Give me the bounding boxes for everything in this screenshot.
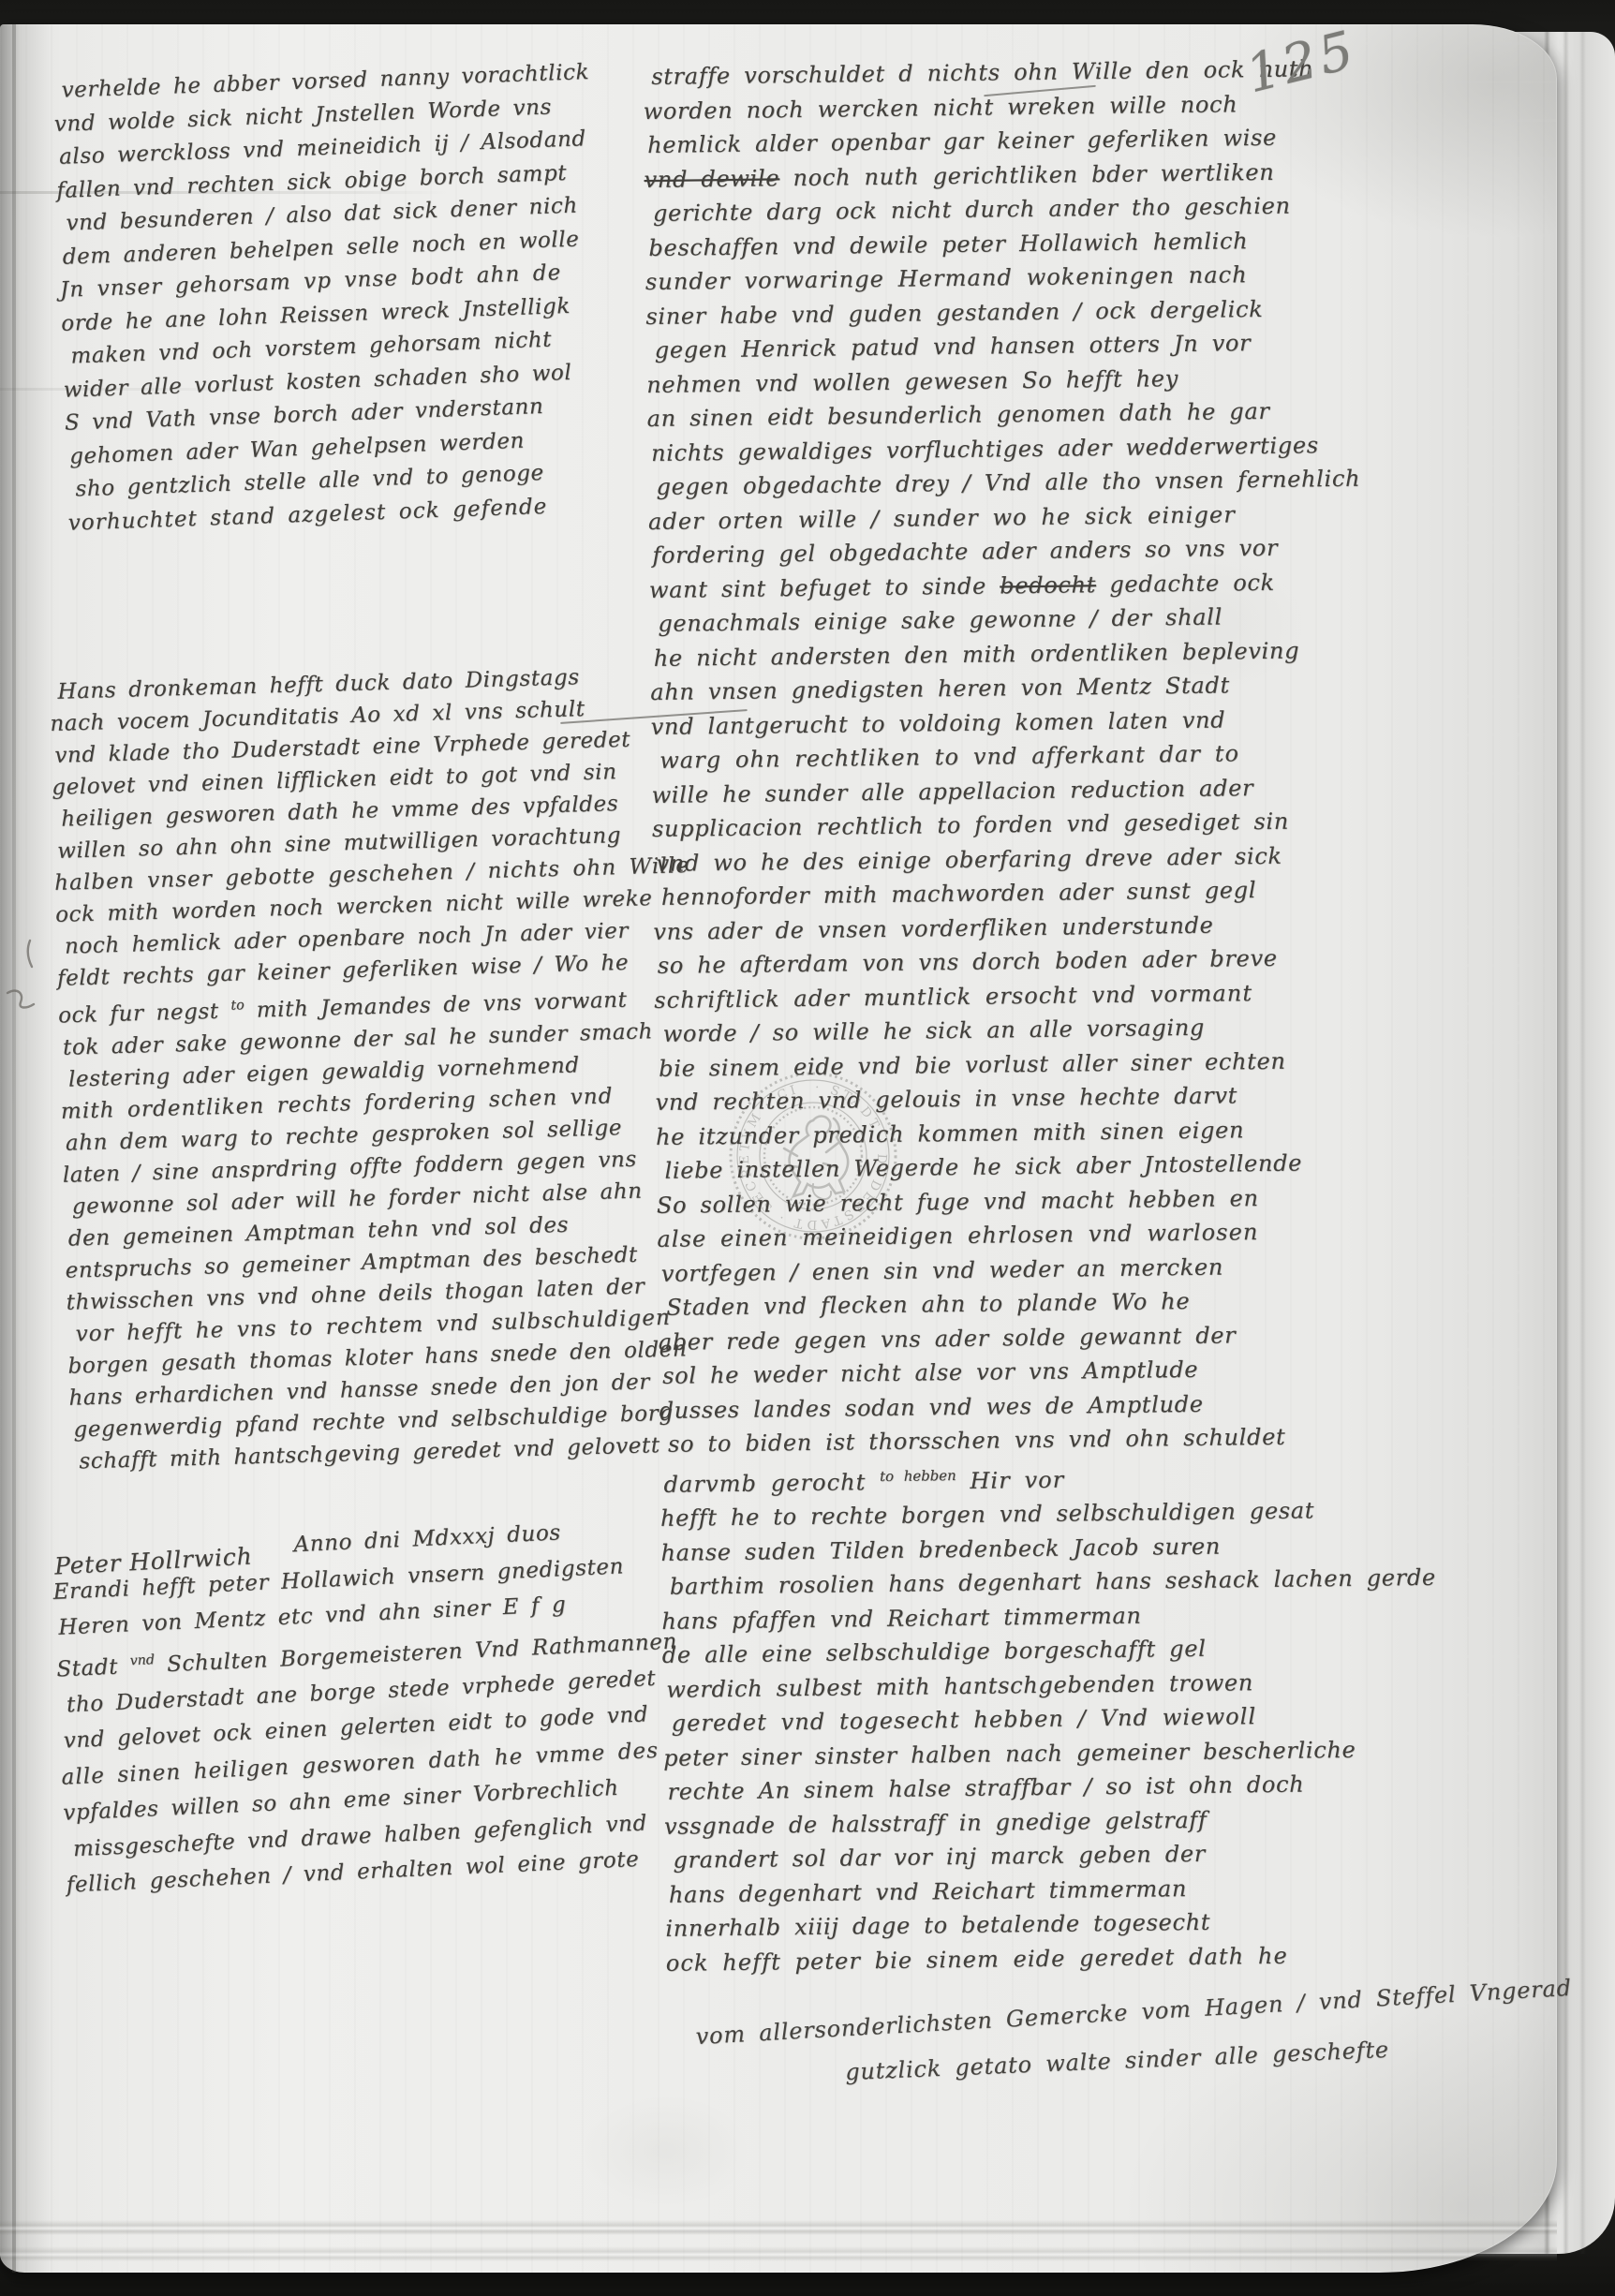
left-column-paragraph-1: verhelde he abber vorsed nanny vorachtli… — [52, 55, 630, 541]
manuscript-scan: 125 · STADT · DVDERSTADT · SECRETVM · CI… — [0, 0, 1615, 2296]
page-edge-crease — [1579, 32, 1586, 2254]
right-column: straffe vorschuldet d nichts ohn Wille d… — [643, 52, 1350, 1980]
gutter-crease — [12, 24, 16, 2273]
paper-stain — [581, 2095, 749, 2207]
margin-pen-mark — [2, 937, 39, 1049]
page-edge-crease — [1563, 32, 1569, 2254]
left-column-paragraph-3: Anno dni Mdxxxj duosErandi hefft peter H… — [51, 1511, 666, 1903]
bottom-fold-crease — [0, 2220, 1557, 2235]
bottom-fold-crease — [0, 2246, 1557, 2261]
left-column-paragraph-2: Hans dronkeman hefft duck dato Dingstags… — [49, 660, 645, 1477]
gutter-shadow — [0, 24, 51, 2273]
